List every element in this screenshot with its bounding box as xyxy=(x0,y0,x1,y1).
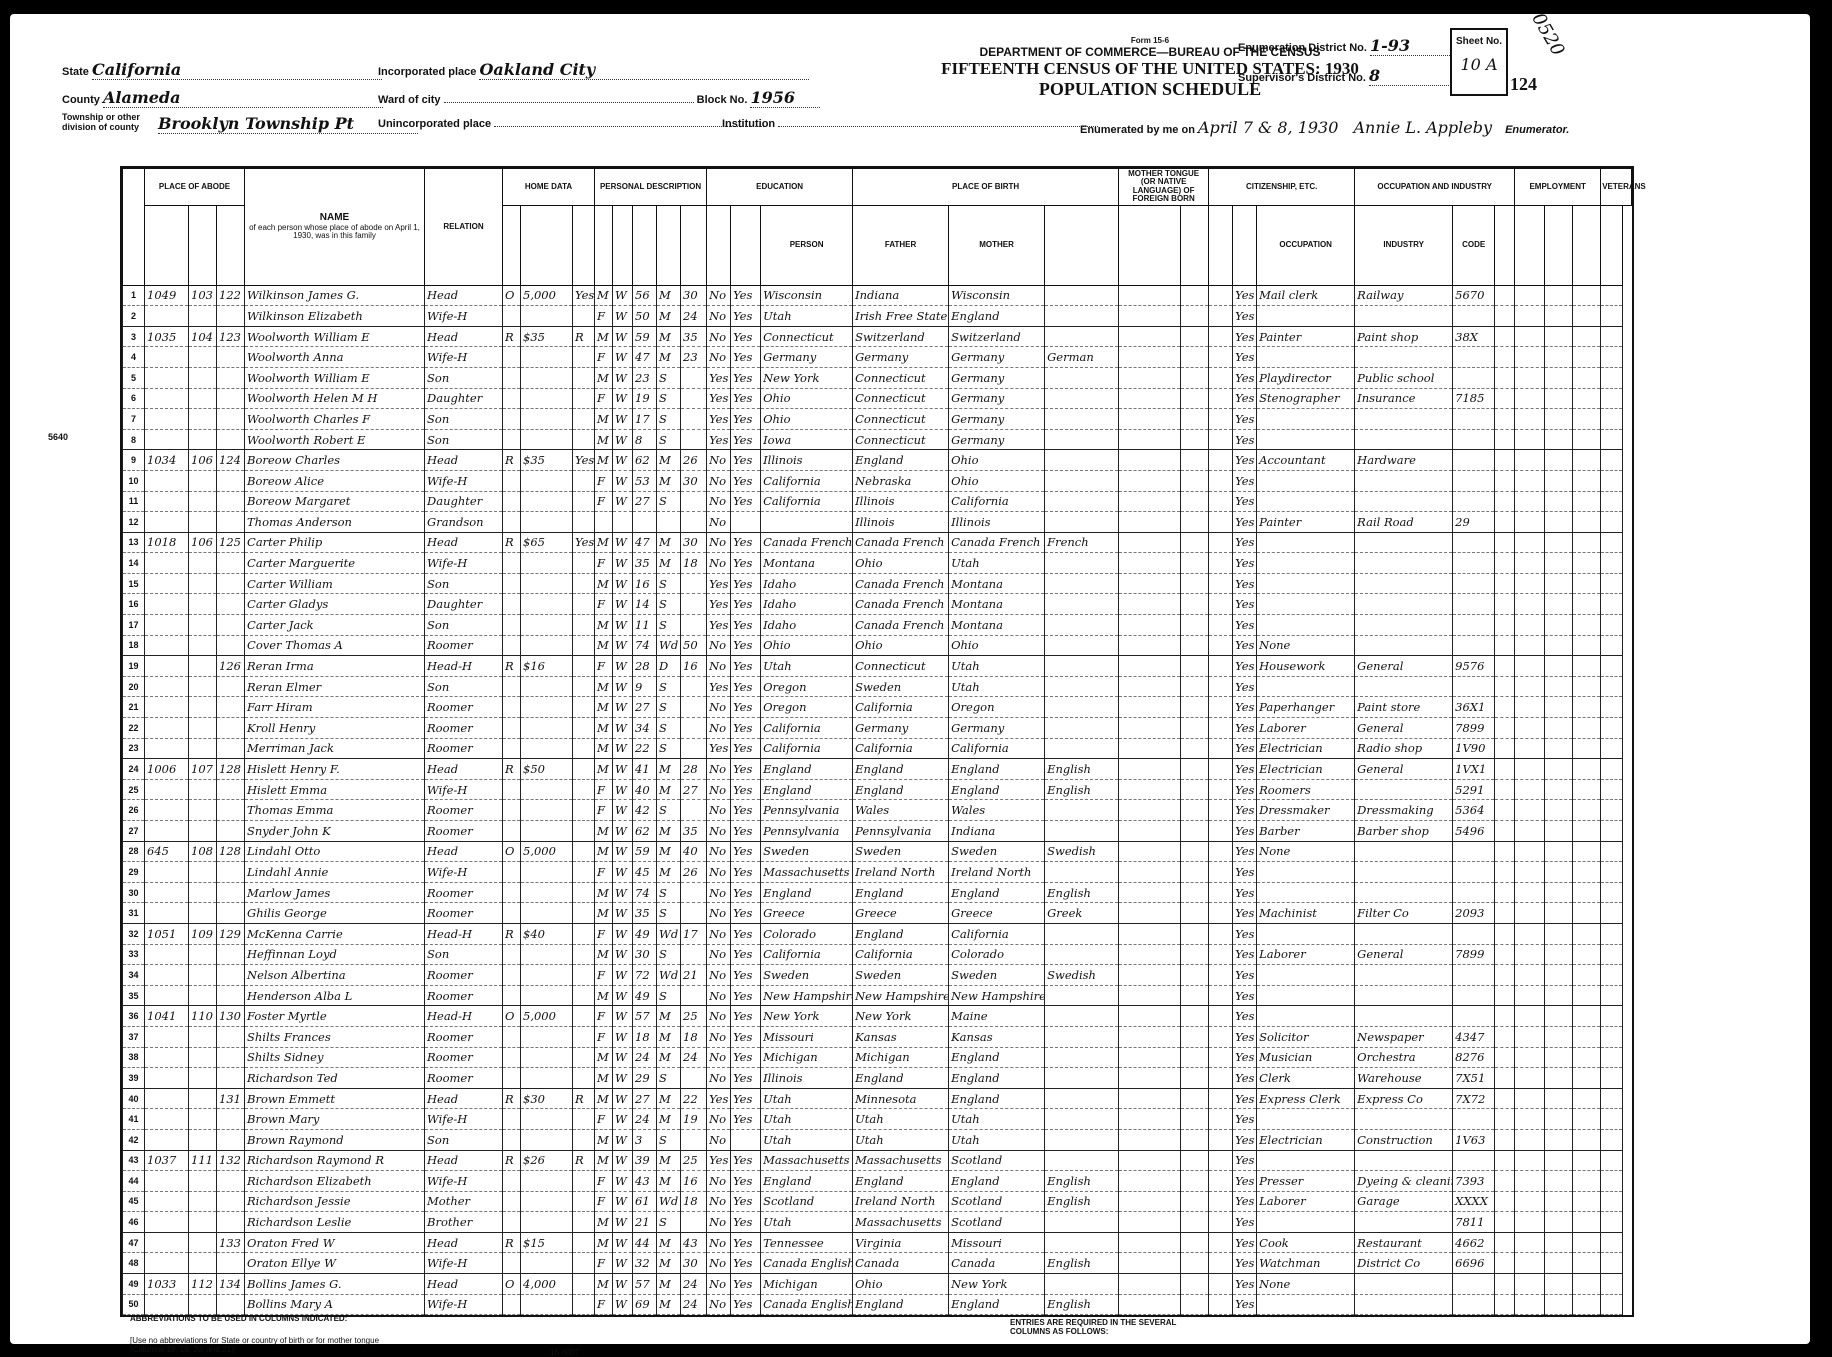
cell-home xyxy=(503,1109,521,1130)
cell-dw: 109 xyxy=(189,923,217,944)
cell-home xyxy=(503,944,521,965)
cell-occ: None xyxy=(1257,635,1355,656)
cell-val xyxy=(521,862,573,883)
cell-am: 30 xyxy=(681,470,707,491)
cell-ms: S xyxy=(657,594,681,615)
cell-empty xyxy=(1119,1026,1181,1047)
state-label: State xyxy=(62,66,89,78)
cell-dw xyxy=(189,367,217,388)
cell-empty xyxy=(1573,718,1601,739)
cell-empty xyxy=(1573,738,1601,759)
cell-eng: Yes xyxy=(1233,656,1257,677)
cell-occ: Stenographer xyxy=(1257,388,1355,409)
cell-empty xyxy=(1119,1294,1181,1315)
cell-empty xyxy=(1209,1026,1233,1047)
cell-empty xyxy=(1209,409,1233,430)
cell-val xyxy=(521,800,573,821)
cell-read: Yes xyxy=(731,1109,761,1130)
cell-empty xyxy=(1209,923,1233,944)
cell-age: 17 xyxy=(633,409,657,430)
cell-fpob: Indiana xyxy=(853,285,949,306)
cell-empty xyxy=(1209,491,1233,512)
unincorporated-field: Unincorporated place xyxy=(378,118,764,130)
cell-dw xyxy=(189,1129,217,1150)
cell-eng: Yes xyxy=(1233,347,1257,368)
cell-eng: Yes xyxy=(1233,1006,1257,1027)
cell-empty xyxy=(1573,903,1601,924)
cell-home: R xyxy=(503,1150,521,1171)
cell-tongue xyxy=(1045,285,1119,306)
cell-name: Reran Elmer xyxy=(245,676,425,697)
cell-am: 24 xyxy=(681,306,707,327)
cell-eng: Yes xyxy=(1233,903,1257,924)
cell-name: Carter Jack xyxy=(245,615,425,636)
cell-empty xyxy=(1545,429,1573,450)
cell-house: 645 xyxy=(145,841,189,862)
cell-race: W xyxy=(613,903,633,924)
cell-code: 1V63 xyxy=(1453,1129,1495,1150)
cell-house: 1049 xyxy=(145,285,189,306)
cell-school: Yes xyxy=(707,388,731,409)
cell-rel: Head xyxy=(425,532,503,553)
cell-empty xyxy=(1573,615,1601,636)
cell-val: $35 xyxy=(521,326,573,347)
cell-name: McKenna Carrie xyxy=(245,923,425,944)
cell-fpob: Ohio xyxy=(853,553,949,574)
cell-empty xyxy=(1601,1212,1623,1233)
table-row: 38Shilts SidneyRoomerMW24M24NoYesMichiga… xyxy=(123,1047,1632,1068)
cell-mpob: Germany xyxy=(949,409,1045,430)
cell-empty xyxy=(1601,306,1623,327)
cell-ms: M xyxy=(657,821,681,842)
cell-am: 30 xyxy=(681,532,707,553)
table-row: 17Carter JackSonMW11SYesYesIdahoCanada F… xyxy=(123,615,1632,636)
county-field: County Alameda xyxy=(62,88,383,108)
cell-rel: Roomer xyxy=(425,1047,503,1068)
cell-code xyxy=(1453,1109,1495,1130)
cell-name: Wilkinson James G. xyxy=(245,285,425,306)
cell-empty xyxy=(1119,1212,1181,1233)
cell-read: Yes xyxy=(731,985,761,1006)
cell-empty xyxy=(1545,1274,1573,1295)
cell-race: W xyxy=(613,553,633,574)
cell-empty xyxy=(1515,1191,1545,1212)
cell-school: No xyxy=(707,821,731,842)
cell-eng: Yes xyxy=(1233,285,1257,306)
cell-sex: M xyxy=(595,944,613,965)
cell-empty xyxy=(1119,676,1181,697)
cell-house xyxy=(145,512,189,533)
cell-mpob: Utah xyxy=(949,656,1045,677)
cell-mpob: England xyxy=(949,306,1045,327)
cell-sex: M xyxy=(595,285,613,306)
cell-val xyxy=(521,1253,573,1274)
cell-tongue xyxy=(1045,1047,1119,1068)
cell-house xyxy=(145,882,189,903)
cell-mpob: Canada xyxy=(949,1253,1045,1274)
cell-name: Lindahl Annie xyxy=(245,862,425,883)
cell-tongue: German xyxy=(1045,347,1119,368)
cell-val xyxy=(521,821,573,842)
cell-school: No xyxy=(707,1232,731,1253)
cell-occ xyxy=(1257,1150,1355,1171)
cell-tongue xyxy=(1045,800,1119,821)
cell-am xyxy=(681,718,707,739)
cell-ind xyxy=(1355,1294,1453,1315)
cell-pob: Illinois xyxy=(761,1068,853,1089)
cell-read: Yes xyxy=(731,903,761,924)
cell-sex: F xyxy=(595,491,613,512)
cell-val xyxy=(521,676,573,697)
cell-empty xyxy=(1181,1129,1209,1150)
cell-empty xyxy=(1515,491,1545,512)
cell-empty xyxy=(1515,1212,1545,1233)
cell-empty xyxy=(1573,532,1601,553)
cell-empty xyxy=(1495,347,1515,368)
cell-rel: Son xyxy=(425,1129,503,1150)
cell-fam xyxy=(217,1047,245,1068)
line-number: 9 xyxy=(123,450,145,471)
cell-empty xyxy=(1601,1191,1623,1212)
cell-empty xyxy=(1209,965,1233,986)
cell-dw: 106 xyxy=(189,532,217,553)
cell-empty xyxy=(1119,697,1181,718)
cell-fam xyxy=(217,470,245,491)
cell-empty xyxy=(1119,1253,1181,1274)
supervisor-value: 8 xyxy=(1369,66,1449,86)
cell-empty xyxy=(1601,512,1623,533)
cell-rel: Son xyxy=(425,409,503,430)
cell-fam: 124 xyxy=(217,450,245,471)
cell-am: 40 xyxy=(681,841,707,862)
cell-empty xyxy=(1601,367,1623,388)
cell-empty xyxy=(1119,903,1181,924)
enumerator-label: Enumerator. xyxy=(1505,124,1569,136)
cell-empty xyxy=(1545,470,1573,491)
cell-fpob: Utah xyxy=(853,1109,949,1130)
cell-empty xyxy=(1181,450,1209,471)
cell-sex: F xyxy=(595,656,613,677)
cell-house xyxy=(145,800,189,821)
cell-empty xyxy=(1495,944,1515,965)
cell-tongue xyxy=(1045,1212,1119,1233)
cell-ind xyxy=(1355,779,1453,800)
cell-tongue xyxy=(1045,676,1119,697)
cell-fam xyxy=(217,306,245,327)
cell-age: 35 xyxy=(633,553,657,574)
cell-school: No xyxy=(707,450,731,471)
cell-empty xyxy=(1181,965,1209,986)
cell-ms: D xyxy=(657,656,681,677)
cell-mpob: Germany xyxy=(949,347,1045,368)
cell-house xyxy=(145,1232,189,1253)
cell-house xyxy=(145,1171,189,1192)
col-father: FATHER xyxy=(853,205,949,285)
cell-empty xyxy=(1495,1026,1515,1047)
cell-mpob: Germany xyxy=(949,367,1045,388)
cell-fam xyxy=(217,676,245,697)
cell-ms: M xyxy=(657,306,681,327)
cell-home xyxy=(503,573,521,594)
cell-empty xyxy=(1573,1006,1601,1027)
cell-ms xyxy=(657,512,681,533)
cell-ind: General xyxy=(1355,944,1453,965)
col-age-marriage xyxy=(681,205,707,285)
cell-empty xyxy=(1515,841,1545,862)
cell-school: No xyxy=(707,635,731,656)
cell-am xyxy=(681,429,707,450)
cell-race: W xyxy=(613,1129,633,1150)
line-number: 21 xyxy=(123,697,145,718)
cell-empty xyxy=(1573,326,1601,347)
cell-code xyxy=(1453,882,1495,903)
cell-fam xyxy=(217,491,245,512)
cell-occ xyxy=(1257,306,1355,327)
cell-empty xyxy=(1209,594,1233,615)
cell-fam xyxy=(217,1068,245,1089)
cell-tongue xyxy=(1045,594,1119,615)
cell-school: No xyxy=(707,800,731,821)
cell-val xyxy=(521,1294,573,1315)
cell-race: W xyxy=(613,429,633,450)
cell-empty xyxy=(1573,1212,1601,1233)
cell-house xyxy=(145,944,189,965)
cell-fam xyxy=(217,429,245,450)
cell-ind: Warehouse xyxy=(1355,1068,1453,1089)
cell-ind xyxy=(1355,862,1453,883)
cell-house xyxy=(145,306,189,327)
col-person: PERSON xyxy=(761,205,853,285)
cell-empty xyxy=(1209,821,1233,842)
cell-read: Yes xyxy=(731,491,761,512)
cell-dw xyxy=(189,1109,217,1130)
cell-empty xyxy=(1209,800,1233,821)
cell-rel: Roomer xyxy=(425,903,503,924)
cell-empty xyxy=(1119,985,1181,1006)
cell-empty xyxy=(1181,388,1209,409)
name-header: NAMEof each person whose place of abode … xyxy=(245,169,425,286)
cell-age: 49 xyxy=(633,923,657,944)
cell-age: 14 xyxy=(633,594,657,615)
cell-sex: F xyxy=(595,306,613,327)
cell-race: W xyxy=(613,594,633,615)
cell-ind xyxy=(1355,306,1453,327)
table-row: 40131Brown EmmettHeadR$30RMW27M22YesYesU… xyxy=(123,1088,1632,1109)
cell-empty xyxy=(1181,759,1209,780)
ed-label: Enumeration District No. xyxy=(1238,42,1367,54)
cell-empty xyxy=(1545,409,1573,430)
cell-fam: 131 xyxy=(217,1088,245,1109)
table-row: 131018106125Carter PhilipHeadR$65YesMW47… xyxy=(123,532,1632,553)
cell-empty xyxy=(1601,697,1623,718)
cell-empty xyxy=(1209,676,1233,697)
cell-house xyxy=(145,656,189,677)
cell-empty xyxy=(1573,862,1601,883)
cell-sex: M xyxy=(595,573,613,594)
cell-dw: 103 xyxy=(189,285,217,306)
cell-ind xyxy=(1355,676,1453,697)
cell-empty xyxy=(1515,532,1545,553)
col-immig xyxy=(1181,205,1209,285)
cell-mpob: California xyxy=(949,923,1045,944)
cell-empty xyxy=(1601,965,1623,986)
cell-sex: F xyxy=(595,1109,613,1130)
cell-house xyxy=(145,367,189,388)
cell-empty xyxy=(1119,1171,1181,1192)
cell-empty xyxy=(1515,965,1545,986)
cell-val xyxy=(521,1191,573,1212)
table-row: 361041110130Foster MyrtleHead-HO5,000FW5… xyxy=(123,1006,1632,1027)
cell-empty xyxy=(1573,367,1601,388)
cell-am xyxy=(681,1129,707,1150)
cell-occ xyxy=(1257,882,1355,903)
cell-radio xyxy=(573,759,595,780)
cell-empty xyxy=(1601,1047,1623,1068)
cell-age: 59 xyxy=(633,841,657,862)
cell-empty xyxy=(1119,759,1181,780)
cell-empty xyxy=(1515,800,1545,821)
cell-fpob: England xyxy=(853,882,949,903)
cell-pob: Massachusetts xyxy=(761,1150,853,1171)
cell-am: 50 xyxy=(681,635,707,656)
cell-mpob: Ohio xyxy=(949,635,1045,656)
cell-name: Wilkinson Elizabeth xyxy=(245,306,425,327)
cell-radio xyxy=(573,1171,595,1192)
cell-empty xyxy=(1545,923,1573,944)
cell-code: 6696 xyxy=(1453,1253,1495,1274)
cell-eng: Yes xyxy=(1233,429,1257,450)
cell-read: Yes xyxy=(731,841,761,862)
cell-occ: Painter xyxy=(1257,326,1355,347)
cell-empty xyxy=(1573,553,1601,574)
cell-code xyxy=(1453,450,1495,471)
cell-radio xyxy=(573,306,595,327)
cell-school: Yes xyxy=(707,573,731,594)
cell-pob: Canada French xyxy=(761,532,853,553)
cell-sex: M xyxy=(595,615,613,636)
cell-dw xyxy=(189,1253,217,1274)
table-row: 16Carter GladysDaughterFW14SYesYesIdahoC… xyxy=(123,594,1632,615)
cell-radio xyxy=(573,1253,595,1274)
cell-empty xyxy=(1209,326,1233,347)
cell-house xyxy=(145,779,189,800)
cell-occ xyxy=(1257,594,1355,615)
cell-tongue xyxy=(1045,573,1119,594)
cell-pob: Oregon xyxy=(761,697,853,718)
cell-race: W xyxy=(613,388,633,409)
cell-am: 24 xyxy=(681,1047,707,1068)
cell-eng: Yes xyxy=(1233,1068,1257,1089)
cell-read: Yes xyxy=(731,944,761,965)
cell-empty xyxy=(1181,1047,1209,1068)
cell-read: Yes xyxy=(731,1171,761,1192)
table-row: 6Woolworth Helen M HDaughterFW19SYesYesO… xyxy=(123,388,1632,409)
cell-ind: Radio shop xyxy=(1355,738,1453,759)
cell-empty xyxy=(1209,285,1233,306)
col-age xyxy=(633,205,657,285)
cell-empty xyxy=(1209,1253,1233,1274)
cell-fam xyxy=(217,573,245,594)
cell-am: 18 xyxy=(681,1191,707,1212)
cell-empty xyxy=(1515,635,1545,656)
cell-rel: Mother xyxy=(425,1191,503,1212)
cell-empty xyxy=(1601,1232,1623,1253)
cell-race: W xyxy=(613,326,633,347)
cell-sex: F xyxy=(595,800,613,821)
cell-tongue xyxy=(1045,656,1119,677)
cell-am: 30 xyxy=(681,1253,707,1274)
cell-home xyxy=(503,903,521,924)
cell-ms: S xyxy=(657,367,681,388)
cell-name: Woolworth Helen M H xyxy=(245,388,425,409)
cell-code xyxy=(1453,965,1495,986)
line-number: 23 xyxy=(123,738,145,759)
cell-empty xyxy=(1515,676,1545,697)
page-stamp: 124 xyxy=(1510,74,1537,95)
cell-empty xyxy=(1545,1212,1573,1233)
cell-age: 27 xyxy=(633,697,657,718)
cell-empty xyxy=(1573,656,1601,677)
cell-tongue xyxy=(1045,862,1119,883)
cell-occ xyxy=(1257,965,1355,986)
cell-empty xyxy=(1545,1171,1573,1192)
cell-house xyxy=(145,388,189,409)
cell-dw: 104 xyxy=(189,326,217,347)
cell-pob: Idaho xyxy=(761,594,853,615)
cell-mpob: Montana xyxy=(949,615,1045,636)
cell-mpob: England xyxy=(949,1171,1045,1192)
cell-read: Yes xyxy=(731,450,761,471)
line-number: 37 xyxy=(123,1026,145,1047)
cell-mpob: Illinois xyxy=(949,512,1045,533)
cell-empty xyxy=(1495,1088,1515,1109)
cell-pob: England xyxy=(761,1171,853,1192)
supervisor-label: Supervisor's District No. xyxy=(1238,72,1366,84)
cell-empty xyxy=(1119,347,1181,368)
cell-sex: F xyxy=(595,553,613,574)
line-number: 7 xyxy=(123,409,145,430)
cell-read xyxy=(731,512,761,533)
cell-empty xyxy=(1495,882,1515,903)
cell-rel: Son xyxy=(425,367,503,388)
cell-dw xyxy=(189,965,217,986)
cell-empty xyxy=(1181,903,1209,924)
cell-empty xyxy=(1545,985,1573,1006)
cell-code xyxy=(1453,676,1495,697)
cell-empty xyxy=(1181,821,1209,842)
cell-val xyxy=(521,470,573,491)
cell-empty xyxy=(1209,1006,1233,1027)
cell-pob: Missouri xyxy=(761,1026,853,1047)
cell-home xyxy=(503,1026,521,1047)
cell-am xyxy=(681,615,707,636)
cell-empty xyxy=(1545,841,1573,862)
cell-occ: Electrician xyxy=(1257,1129,1355,1150)
cell-empty xyxy=(1209,470,1233,491)
cell-fam xyxy=(217,1294,245,1315)
cell-rel: Roomer xyxy=(425,1026,503,1047)
cell-eng: Yes xyxy=(1233,491,1257,512)
cell-age: 27 xyxy=(633,1088,657,1109)
table-row: 7Woolworth Charles FSonMW17SYesYesOhioCo… xyxy=(123,409,1632,430)
cell-tongue xyxy=(1045,367,1119,388)
cell-empty xyxy=(1495,512,1515,533)
cell-home xyxy=(503,635,521,656)
cell-fam xyxy=(217,882,245,903)
cell-race: W xyxy=(613,635,633,656)
cell-empty xyxy=(1515,1129,1545,1150)
cell-am xyxy=(681,985,707,1006)
